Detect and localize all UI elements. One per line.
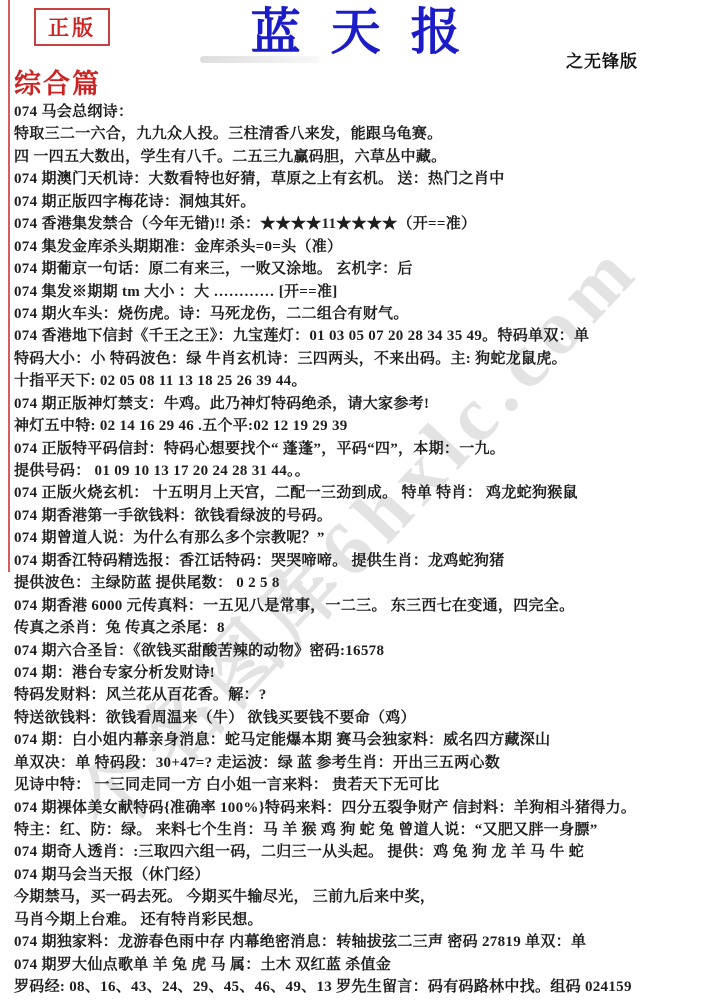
text-line-15: 神灯五中特: 02 14 16 29 46 .五个平:02 12 19 29 3… bbox=[14, 415, 718, 437]
text-line-11: 074 香港地下信封《千王之王》：九宝莲灯：01 03 05 07 20 28 … bbox=[14, 325, 718, 347]
text-line-29: 074 期：白小姐内幕亲身消息：蛇马定能爆本期 赛马会独家料：威名四方藏深山 bbox=[14, 729, 718, 751]
text-line-23: 074 期香港 6000 元传真料：一五见八是常事，一二三。 东三西七在变通，四… bbox=[14, 595, 718, 617]
text-line-30: 单双决：单 特码段：30+47=? 走运波：绿 蓝 参考生肖：开出三五两心数 bbox=[14, 752, 718, 774]
text-line-5: 074 期正版四字梅花诗：洞烛其奸。 bbox=[14, 191, 718, 213]
text-line-35: 074 期马会当天报（休门经） bbox=[14, 864, 718, 886]
authentic-badge: 正版 bbox=[34, 8, 110, 46]
newspaper-page: 个名图库6hxlc.com 正版 蓝天报 之无锋版 综合篇 074 马会总纲诗：… bbox=[0, 0, 722, 1001]
text-line-1: 074 马会总纲诗： bbox=[14, 101, 718, 123]
section-heading: 综合篇 bbox=[14, 62, 101, 101]
text-line-9: 074 集发※期期 tm 大小 ：大 ………… [开==准] bbox=[14, 281, 718, 303]
text-line-25: 074 期六合圣旨：《欲钱买甜酸苦辣的动物》密码:16578 bbox=[14, 640, 718, 662]
text-line-12: 特码大小：小 特码波色：绿 牛肖玄机诗：三四两头，不来出码。主: 狗蛇龙鼠虎。 bbox=[14, 348, 718, 370]
text-line-8: 074 期葡京一句话：原二有来三，一败又涂地。 玄机字：后 bbox=[14, 258, 718, 280]
page-title: 蓝天报 bbox=[251, 0, 491, 64]
text-line-6: 074 香港集发禁合（今年无错)!! 杀：★★★★11★★★★（开==准） bbox=[14, 213, 718, 235]
text-line-20: 074 期曾道人说：为什么有那么多个宗教呢？” bbox=[14, 527, 718, 549]
text-line-38: 074 期独家料：龙游春色雨中存 内幕绝密消息：转轴拔弦二三声 密码 27819… bbox=[14, 931, 718, 953]
text-line-27: 特码发财料：风兰花从百花香。解：? bbox=[14, 684, 718, 706]
content-lines: 074 马会总纲诗：特取三二一六合，九九众人投。三柱清香八来发，能跟乌龟赛。四 … bbox=[14, 101, 718, 999]
text-line-24: 传真之杀肖：兔 传真之杀尾：8 bbox=[14, 617, 718, 639]
text-line-19: 074 期香港第一手欲钱料：欲钱看绿波的号码。 bbox=[14, 505, 718, 527]
text-line-7: 074 集发金库杀头期期准：金库杀头=0=头（准） bbox=[14, 236, 718, 258]
text-line-10: 074 期火车头：烧伤虎。诗：马死龙伤，二二组合有财气。 bbox=[14, 303, 718, 325]
text-line-17: 提供号码： 01 09 10 13 17 20 24 28 31 44。。 bbox=[14, 460, 718, 482]
text-line-31: 见诗中特： 一三同走同一方 白小姐一言来料： 贵若天下无可比 bbox=[14, 774, 718, 796]
edition-label: 之无锋版 bbox=[566, 47, 638, 72]
left-red-rule bbox=[8, 0, 10, 572]
text-line-18: 074 正版火烧玄机： 十五明月上天宫，二配一三劲到成。 特单 特肖： 鸡龙蛇狗… bbox=[14, 482, 718, 504]
text-line-22: 提供波色：主绿防蓝 提供尾数： 0 2 5 8 bbox=[14, 572, 718, 594]
text-line-2: 特取三二一六合，九九众人投。三柱清香八来发，能跟乌龟赛。 bbox=[14, 123, 718, 145]
text-line-36: 今期禁马，买一码去死。 今期买牛输尽光， 三前九后来中奖， bbox=[14, 886, 718, 908]
scan-smudge bbox=[200, 56, 320, 63]
text-line-28: 特送欲钱料：欲钱看周温来（牛） 欲钱买要钱不要命（鸡） bbox=[14, 707, 718, 729]
text-line-14: 074 期正版神灯禁支：牛鸡。此乃神灯特码绝杀，请大家参考! bbox=[14, 393, 718, 415]
text-line-33: 特主：红、防：绿。 来料七个生肖：马 羊 猴 鸡 狗 蛇 兔 曾道人说：“又肥又… bbox=[14, 819, 718, 841]
text-line-40: 罗码经: 08、16、43、24、29、45、46、49、13 罗先生留言：码有… bbox=[14, 976, 718, 998]
text-line-16: 074 正版特平码信封：特码心想要找个“ 蓬蓬”，平码“四”，本期：一九。 bbox=[14, 438, 718, 460]
text-line-3: 四 一四五大数出，学生有八千。二五三九赢码胆，六草丛中藏。 bbox=[14, 146, 718, 168]
text-line-37: 马肖今期上台难。 还有特肖彩民想。 bbox=[14, 909, 718, 931]
text-line-13: 十指平天下: 02 05 08 11 13 18 25 26 39 44。 bbox=[14, 370, 718, 392]
text-line-21: 074 期香江特码精选报：香江话特码：哭哭啼啼。 提供生肖：龙鸡蛇狗猪 bbox=[14, 550, 718, 572]
text-line-32: 074 期裸体美女献特码{准确率 100%}特码来料：四分五裂争财产 信封料：羊… bbox=[14, 797, 718, 819]
text-line-26: 074 期：港台专家分析发财诗! bbox=[14, 662, 718, 684]
text-line-34: 074 期奇人透肖：:三取四六组一码，二归三一从头起。 提供：鸡 兔 狗 龙 羊… bbox=[14, 841, 718, 863]
text-line-39: 074 期罗大仙点歌单 羊 兔 虎 马 属：土木 双红蓝 杀值金 bbox=[14, 954, 718, 976]
text-line-4: 074 期澳门天机诗：大数看特也好猜，草原之上有玄机。 送：热门之肖中 bbox=[14, 168, 718, 190]
